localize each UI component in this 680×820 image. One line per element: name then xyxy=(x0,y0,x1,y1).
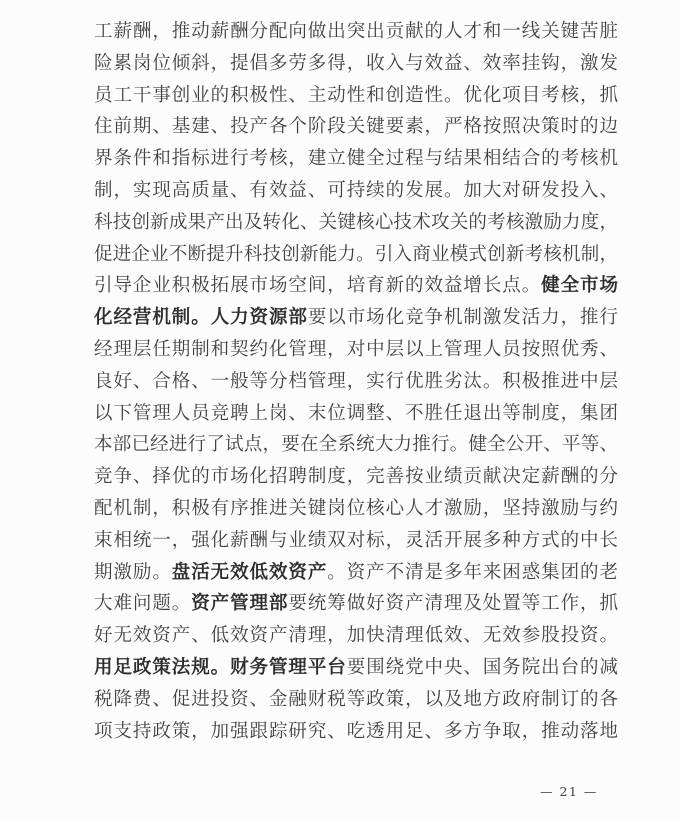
text-segment: 科技创新成果产出及转化、关键核心技术攻关的考核激励力度， xyxy=(94,212,618,233)
bold-text-segment: 用足政策法规。财务管理平台 xyxy=(94,657,347,678)
text-segment: 好无效资产、低效资产清理，加快清理低效、无效参股投资。 xyxy=(94,625,618,646)
text-line: 工薪酬，推动薪酬分配向做出突出贡献的人才和一线关键苦脏 xyxy=(94,16,618,48)
text-line: 竞争、择优的市场化招聘制度，完善按业绩贡献决定薪酬的分 xyxy=(94,461,618,493)
text-line: 项支持政策，加强跟踪研究、吃透用足、多方争取，推动落地 xyxy=(94,716,618,748)
text-segment: 险累岗位倾斜，提倡多劳多得，收入与效益、效率挂钩，激发 xyxy=(94,53,618,74)
text-segment: 要以市场化竞争机制激发活力，推行 xyxy=(308,307,618,328)
bold-text-segment: 资产管理部 xyxy=(191,593,288,614)
text-segment: 引导企业积极拓展市场空间，培育新的效益增长点。 xyxy=(94,275,541,296)
text-segment: 束相统一，强化薪酬与业绩双对标，灵活开展多种方式的中长 xyxy=(94,530,618,551)
document-page: 工薪酬，推动薪酬分配向做出突出贡献的人才和一线关键苦脏险累岗位倾斜，提倡多劳多得… xyxy=(0,0,680,820)
text-line: 科技创新成果产出及转化、关键核心技术攻关的考核激励力度， xyxy=(94,207,618,239)
text-line: 税降费、促进投资、金融财税等政策，以及地方政府制订的各 xyxy=(94,684,618,716)
text-segment: 良好、合格、一般等分档管理，实行优胜劣汰。积极推进中层 xyxy=(94,371,618,392)
text-line: 用足政策法规。财务管理平台要围绕党中央、国务院出台的减 xyxy=(94,652,618,684)
text-line: 本部已经进行了试点，要在全系统大力推行。健全公开、平等、 xyxy=(94,429,618,461)
text-segment: 项支持政策，加强跟踪研究、吃透用足、多方争取，推动落地 xyxy=(94,721,618,742)
text-segment: 促进企业不断提升科技创新能力。引入商业模式创新考核机制， xyxy=(94,244,618,265)
text-line: 住前期、基建、投产各个阶段关键要素，严格按照决策时的边 xyxy=(94,111,618,143)
text-segment: 工薪酬，推动薪酬分配向做出突出贡献的人才和一线关键苦脏 xyxy=(94,21,618,42)
text-segment: 大难问题。 xyxy=(94,593,191,614)
text-segment: 本部已经进行了试点，要在全系统大力推行。健全公开、平等、 xyxy=(94,434,618,455)
text-segment: 税降费、促进投资、金融财税等政策，以及地方政府制订的各 xyxy=(94,689,618,710)
text-segment: 竞争、择优的市场化招聘制度，完善按业绩贡献决定薪酬的分 xyxy=(94,466,618,487)
text-segment: 以下管理人员竞聘上岗、末位调整、不胜任退出等制度，集团 xyxy=(94,403,618,424)
text-segment: 配机制，积极有序推进关键岗位核心人才激励，坚持激励与约 xyxy=(94,498,618,519)
text-segment: 制，实现高质量、有效益、可持续的发展。加大对研发投入、 xyxy=(94,180,618,201)
text-segment: 期激励。 xyxy=(94,562,172,583)
text-line: 经理层任期制和契约化管理，对中层以上管理人员按照优秀、 xyxy=(94,334,618,366)
bold-text-segment: 盘活无效低效资产 xyxy=(172,562,328,583)
text-line: 促进企业不断提升科技创新能力。引入商业模式创新考核机制， xyxy=(94,239,618,271)
text-line: 制，实现高质量、有效益、可持续的发展。加大对研发投入、 xyxy=(94,175,618,207)
text-line: 好无效资产、低效资产清理，加快清理低效、无效参股投资。 xyxy=(94,620,618,652)
text-segment: 。资产不清是多年来困惑集团的老 xyxy=(327,562,618,583)
text-segment: 经理层任期制和契约化管理，对中层以上管理人员按照优秀、 xyxy=(94,339,618,360)
text-line: 化经营机制。人力资源部要以市场化竞争机制激发活力，推行 xyxy=(94,302,618,334)
text-segment: 要围绕党中央、国务院出台的减 xyxy=(347,657,618,678)
text-line: 引导企业积极拓展市场空间，培育新的效益增长点。健全市场 xyxy=(94,270,618,302)
text-line: 配机制，积极有序推进关键岗位核心人才激励，坚持激励与约 xyxy=(94,493,618,525)
text-segment: 界条件和指标进行考核，建立健全过程与结果相结合的考核机 xyxy=(94,148,618,169)
text-line: 员工干事创业的积极性、主动性和创造性。优化项目考核，抓 xyxy=(94,80,618,112)
text-segment: 要统筹做好资产清理及处置等工作，抓 xyxy=(288,593,618,614)
body-text: 工薪酬，推动薪酬分配向做出突出贡献的人才和一线关键苦脏险累岗位倾斜，提倡多劳多得… xyxy=(94,16,618,747)
text-line: 良好、合格、一般等分档管理，实行优胜劣汰。积极推进中层 xyxy=(94,366,618,398)
text-line: 大难问题。资产管理部要统筹做好资产清理及处置等工作，抓 xyxy=(94,588,618,620)
text-segment: 住前期、基建、投产各个阶段关键要素，严格按照决策时的边 xyxy=(94,116,618,137)
page-number: — 21 — xyxy=(540,784,598,799)
text-line: 束相统一，强化薪酬与业绩双对标，灵活开展多种方式的中长 xyxy=(94,525,618,557)
text-segment: 员工干事创业的积极性、主动性和创造性。优化项目考核，抓 xyxy=(94,85,618,106)
bold-text-segment: 健全市场 xyxy=(541,275,618,296)
text-line: 以下管理人员竞聘上岗、末位调整、不胜任退出等制度，集团 xyxy=(94,398,618,430)
text-line: 期激励。盘活无效低效资产。资产不清是多年来困惑集团的老 xyxy=(94,557,618,589)
bold-text-segment: 化经营机制。人力资源部 xyxy=(94,307,308,328)
text-line: 界条件和指标进行考核，建立健全过程与结果相结合的考核机 xyxy=(94,143,618,175)
text-line: 险累岗位倾斜，提倡多劳多得，收入与效益、效率挂钩，激发 xyxy=(94,48,618,80)
